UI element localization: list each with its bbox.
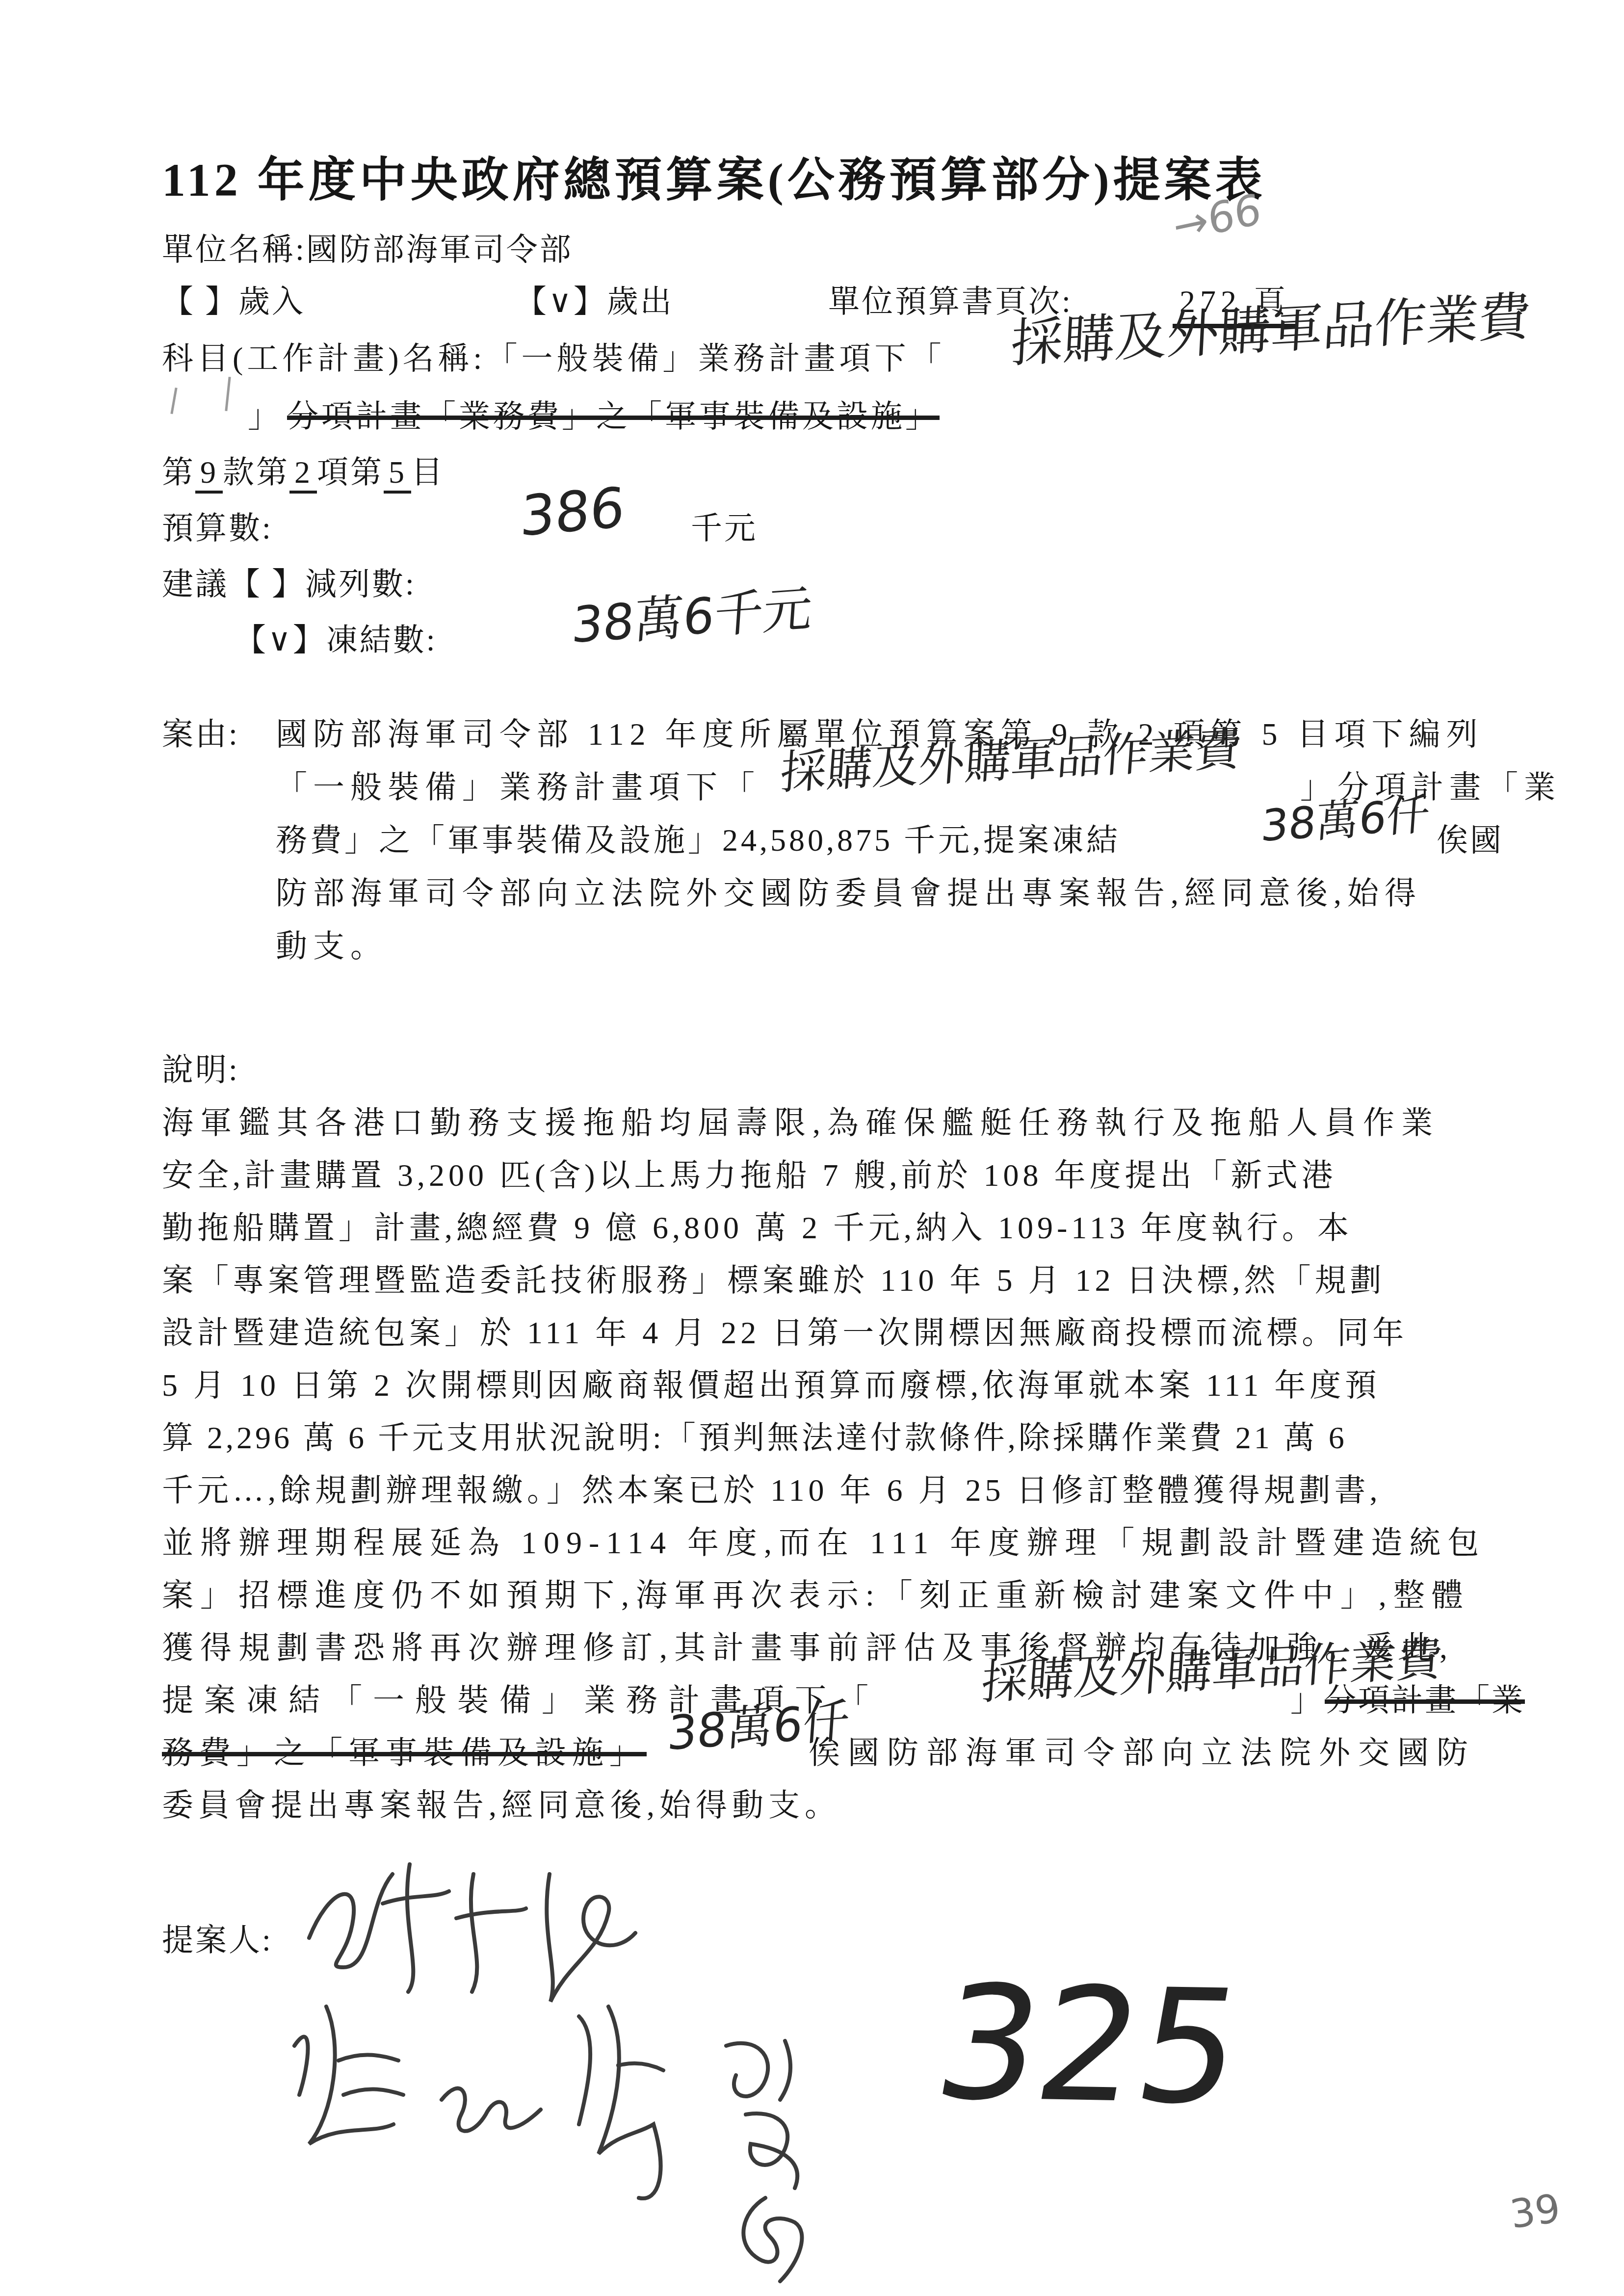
stray-pen-mark — [225, 377, 231, 411]
budget-amount-label: 預算數: — [162, 510, 273, 547]
scanned-budget-proposal-form: 112 年度中央政府總預算案(公務預算部分)提案表 單位名稱:國防部海軍司令部 … — [0, 0, 1624, 2296]
explanation-line: 海軍鑑其各港口勤務支援拖船均屆壽限,為確保艦艇任務執行及拖船人員作業 — [162, 1105, 1440, 1141]
item-text: 目 — [411, 455, 445, 490]
budget-amount-unit: 千元 — [691, 510, 758, 547]
handwritten-budget-amount: 386 — [519, 480, 626, 545]
explanation-line-12-close: 」 — [1290, 1682, 1324, 1719]
handwritten-case-amount: 38萬6仟 — [1259, 793, 1431, 848]
signature-1 — [294, 1845, 648, 2011]
page-title: 112 年度中央政府總預算案(公務預算部分)提案表 — [162, 153, 1266, 207]
stray-pen-mark — [170, 388, 177, 414]
item-text: 項第 — [317, 455, 384, 490]
case-line-4: 防部海軍司令部向立法院外交國防委員會提出專案報告,經同意後,始得 — [276, 875, 1422, 912]
explanation-line: 勤拖船購置」計畫,總經費 9 億 6,800 萬 2 千元,納入 109-113… — [162, 1210, 1353, 1246]
signature-3 — [667, 2026, 878, 2296]
handwritten-subject-text: 採購及外購軍品作業費 — [1010, 290, 1532, 370]
explanation-line-13-struck: 務費」之「軍事裝備及設施」 — [162, 1735, 647, 1771]
explanation-label: 說明: — [162, 1052, 239, 1088]
subject-line-prefix: 科目(工作計畫)名稱:「一般裝備」業務計畫項下「 — [162, 340, 945, 377]
case-line-5: 動支。 — [276, 928, 388, 965]
case-line-3: 務費」之「軍事裝備及設施」24,580,875 千元,提案凍結 — [276, 822, 1121, 859]
handwritten-corner-page-number: 39 — [1508, 2189, 1563, 2234]
unit-name-label: 單位名稱: — [162, 232, 306, 267]
item-hsiang-number: 2 — [289, 455, 317, 494]
explanation-line: 千元…,餘規劃辦理報繳。」然本案已於 110 年 6 月 25 日修訂整體獲得規… — [162, 1472, 1382, 1509]
expenditure-checkbox: 【∨】歲出 — [515, 284, 674, 320]
explanation-line: 安全,計畫購置 3,200 匹(含)以上馬力拖船 7 艘,前於 108 年度提出… — [162, 1157, 1337, 1194]
subject-close-bracket: 」 — [248, 398, 281, 435]
explanation-line-14: 委員會提出專案報告,經同意後,始得動支。 — [162, 1787, 841, 1824]
item-text: 款第 — [223, 455, 289, 490]
unit-name-value: 國防部海軍司令部 — [306, 232, 573, 267]
case-label: 案由: — [162, 716, 239, 753]
explanation-line-13-after: 俟國防部海軍司令部向立法院外交國防 — [809, 1735, 1476, 1771]
explanation-line: 並將辦理期程展延為 109-114 年度,而在 111 年度辦理「規劃設計暨建造… — [162, 1525, 1486, 1561]
item-text: 第 — [162, 455, 195, 490]
freeze-checkbox-line: 【∨】凍結數: — [235, 622, 437, 658]
item-mu-number: 5 — [384, 455, 411, 494]
explanation-line: 算 2,296 萬 6 千元支用狀況說明:「預判無法達付款條件,除採購作業費 2… — [162, 1420, 1347, 1456]
explanation-line: 設計暨建造統包案」於 111 年 4 月 22 日第一次開標因無廠商投標而流標。… — [162, 1315, 1408, 1351]
explanation-line: 5 月 10 日第 2 次開標則因廠商報價超出預算而廢標,依海軍就本案 111 … — [162, 1367, 1380, 1404]
item-kuan-number: 9 — [195, 455, 223, 494]
explanation-line: 案」招標進度仍不如預期下,海軍再次表示:「刻正重新檢討建案文件中」,整體 — [162, 1577, 1470, 1614]
subject-struck-text: 分項計畫「業務費」之「軍事裝備及設施」 — [287, 398, 940, 435]
proposer-label: 提案人: — [162, 1922, 273, 1958]
handwritten-big-number: 325 — [926, 1965, 1253, 2127]
revenue-checkbox: 【 】歲入 — [162, 284, 305, 320]
case-line-2-prefix: 「一般裝備」業務計畫項下「 — [276, 769, 760, 806]
item-number-line: 第9款第2項第5目 — [162, 454, 445, 491]
explanation-line-12-struck: 分項計畫「業 — [1325, 1682, 1525, 1719]
explanation-line: 案「專案管理暨監造委託技術服務」標案雖於 110 年 5 月 12 日決標,然「… — [162, 1262, 1386, 1299]
case-line-3-suffix: 俟國 — [1437, 822, 1503, 859]
signature-2 — [265, 1987, 736, 2213]
unit-name-line: 單位名稱:國防部海軍司令部 — [162, 232, 573, 268]
handwritten-freeze-amount: 38萬6千元 — [570, 584, 814, 651]
suggest-cut-line: 建議【 】減列數: — [162, 566, 416, 602]
